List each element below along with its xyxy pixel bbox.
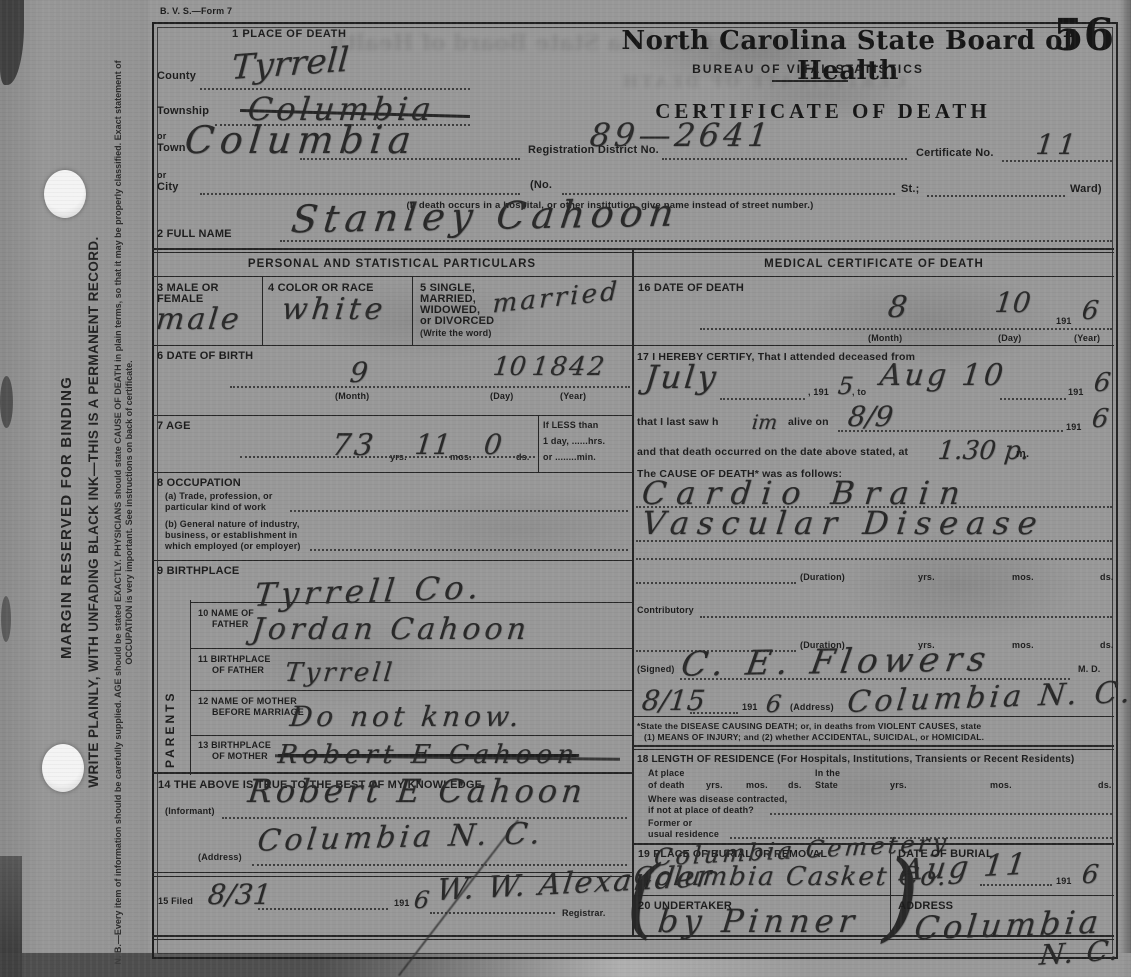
last-saw-him: im [751,410,779,434]
rule [636,540,1112,542]
marital-sub-label: (Write the word) [420,328,492,338]
dob-day-value: 10 [491,352,527,382]
rule [258,908,388,910]
registration-district-value: 89—2641 [588,116,774,154]
father-birthplace-value: Tyrrell [283,658,396,688]
margin-text-binding: MARGIN RESERVED FOR BINDING [58,270,75,765]
death-certificate-scan: MARGIN RESERVED FOR BINDING WRITE PLAINL… [0,0,1131,977]
signed-caption: (Signed) [637,664,675,674]
res-mos-2: mos. [990,780,1012,790]
marital-label4: or DIVORCED [420,315,494,327]
occupation-a-label1: (a) Trade, profession, or [165,491,273,501]
m-caption: m. [1016,448,1029,460]
contracted-label2: if not at place of death? [648,805,754,815]
rule [636,558,1112,560]
personal-section-title: PERSONAL AND STATISTICAL PARTICULARS [152,258,632,270]
city-label-or: or [157,170,166,180]
dod-year-value: 6 [1080,296,1100,326]
md-caption: M. D. [1078,664,1101,674]
rule [634,345,1114,346]
informant-address-caption: (Address) [198,852,242,862]
race-value: white [280,292,388,327]
rule [280,240,1112,242]
rule [538,415,539,472]
rule [772,80,848,82]
informant-value: Robert E Cahoon [246,772,588,810]
rule [190,690,632,691]
burial-date-value: Aug 11 [899,847,1030,889]
signed-year-value: 6 [765,690,783,718]
burial-year-value: 6 [1080,860,1100,890]
occupation-label: 8 OCCUPATION [157,477,241,489]
filed-label: 15 Filed [158,896,193,906]
dod-month-value: 8 [886,290,909,325]
rule [634,716,1114,717]
residence-label: 18 LENGTH OF RESIDENCE (For Hospitals, I… [637,754,1074,765]
dob-year-caption: (Year) [560,391,586,401]
former-label2: usual residence [648,829,719,839]
filed-date-value: 8/31 [206,878,272,911]
rule [690,712,738,714]
rule [152,472,632,473]
rule [634,276,1114,277]
res-yrs-2: yrs. [890,780,907,790]
county-label: County [157,70,196,82]
in-the-label2: State [815,780,838,790]
margin-text-nb-note: N. B.—Every item of information should b… [113,60,135,965]
signed-address-caption: (Address) [790,702,834,712]
burial-brace-open: ( [626,848,660,948]
ward-label: Ward) [1070,183,1102,195]
to-caption: , to [852,387,866,397]
duration-ds-2: ds. [1100,640,1114,650]
last-saw-label: that I last saw h [637,416,719,428]
rule [152,415,632,416]
scan-artifact [0,376,13,428]
rule [152,939,1114,940]
footnote-line1: *State the DISEASE CAUSING DEATH; or, in… [637,721,981,731]
birthplace-value: Tyrrell Co. [253,568,486,614]
to-year-value: 6 [1092,368,1112,398]
mother-birthplace-label1: 13 BIRTHPLACE [198,740,271,750]
last-saw-year-prefix: 191 [1066,422,1082,432]
town-label-or: or [157,131,166,141]
rule [190,602,632,603]
dob-label: 6 DATE OF BIRTH [157,350,253,362]
rule [152,345,632,346]
dob-month-value: 9 [348,356,369,389]
street-label: St.; [901,183,920,195]
birthplace-label: 9 BIRTHPLACE [157,565,239,577]
informant-caption: (Informant) [165,806,215,816]
medical-section-title: MEDICAL CERTIFICATE OF DEATH [634,258,1114,270]
duration-mos-2: mos. [1012,640,1034,650]
res-yrs-1: yrs. [706,780,723,790]
dob-day-caption: (Day) [490,391,514,401]
mother-name-value: Do not know. [288,700,524,733]
rule [720,398,805,400]
mother-name-label1: 12 NAME OF MOTHER [198,696,297,706]
rule [634,895,1114,896]
former-label1: Former or [648,818,692,828]
town-label: Town [157,142,186,154]
last-saw-year-value: 6 [1090,404,1110,434]
rule [634,749,1114,750]
occupation-b-label3: which employed (or employer) [165,541,301,551]
scan-artifact [1120,0,1131,977]
duration-ds-1: ds. [1100,572,1114,582]
res-ds-1: ds. [788,780,802,790]
last-saw-value: 8/9 [846,400,895,433]
rule [770,813,1112,815]
date-of-death-label: 16 DATE OF DEATH [638,282,744,294]
township-label: Township [157,105,209,117]
rule [190,648,632,649]
parents-label: PARENTS [163,628,177,768]
town-value: Columbia [183,118,419,162]
rule [262,276,263,345]
father-name-label2: FATHER [212,619,249,629]
rule [152,560,632,561]
duration-caption-1: (Duration) [800,572,845,582]
age-less-label2: 1 day, ......hrs. [543,436,605,446]
form-number: B. V. S.—Form 7 [160,6,232,16]
duration-yrs-1: yrs. [918,572,935,582]
rule [927,195,1065,197]
street-no-label: (No. [530,179,552,191]
dob-year-value: 1842 [530,352,607,382]
at-place-label2: of death [648,780,685,790]
rule [300,158,520,160]
city-label: City [157,181,179,193]
rule [1000,398,1066,400]
scan-artifact [1,596,11,642]
full-name-label: 2 FULL NAME [157,228,232,240]
rule [1002,160,1112,162]
occupation-a-label2: particular kind of work [165,502,266,512]
dob-month-caption: (Month) [335,391,369,401]
rule [240,456,535,458]
rule [310,549,628,551]
age-less-label3: or ........min. [543,452,596,462]
bureau-subtitle: BUREAU OF VITAL STATISTICS [618,62,998,76]
county-value: Tyrrell [230,40,350,88]
cause-line2: Vascular Disease [640,504,1047,542]
dod-year-caption: (Year) [1074,333,1100,343]
attended-from-value: July [643,358,721,396]
death-occurred-label: and that death occurred on the date abov… [637,446,908,458]
footnote-line2: (1) MEANS OF INJURY; and (2) whether ACC… [644,732,984,742]
rule [700,616,1112,618]
certificate-no-value: 11 [1034,128,1081,161]
certificate-no-label: Certificate No. [916,147,994,159]
signed-year-prefix: 191 [742,702,758,712]
dod-day-value: 10 [993,286,1032,319]
section-place-of-death: 1 PLACE OF DEATH [232,28,347,40]
rule [190,735,632,736]
occupation-b-label1: (b) General nature of industry, [165,519,300,529]
from-year-prefix: , 191 [808,387,829,397]
sex-value: male [154,302,243,337]
punch-hole-bottom [42,744,84,792]
rule [632,248,634,935]
org-title: North Carolina State Board of Health [613,26,1083,86]
age-less-label1: If LESS than [543,420,598,430]
to-year-prefix: 191 [1068,387,1084,397]
full-name-value: Stanley Cahoon [289,191,682,242]
margin-text-write-plainly: WRITE PLAINLY, WITH UNFADING BLACK INK—T… [86,72,101,952]
dod-year-prefix: 191 [1056,316,1072,326]
res-mos-1: mos. [746,780,768,790]
res-ds-2: ds. [1098,780,1112,790]
rule [636,582,796,584]
rule [838,430,1063,432]
punch-hole-top [44,170,86,218]
attended-to-value: Aug 10 [878,358,1008,393]
rule [290,510,628,512]
father-birthplace-label2: OF FATHER [212,665,264,675]
rule [634,745,1114,747]
rule [230,386,630,388]
in-the-label1: In the [815,768,840,778]
rule [152,935,1114,937]
registrar-caption: Registrar. [562,908,606,918]
rule [190,600,191,775]
age-label: 7 AGE [157,420,191,432]
rule [662,158,907,160]
father-birthplace-label1: 11 BIRTHPLACE [198,654,271,664]
page-number: 56 [1053,10,1114,61]
at-place-label1: At place [648,768,685,778]
father-name-label1: 10 NAME OF [198,608,254,618]
burial-year-prefix: 191 [1056,876,1072,886]
rule [700,328,1112,330]
mother-birthplace-label2: OF MOTHER [212,751,268,761]
rule [412,276,413,345]
father-name-value: Jordan Cahoon [250,612,532,647]
filed-year-prefix: 191 [394,898,410,908]
duration-mos-1: mos. [1012,572,1034,582]
dod-month-caption: (Month) [868,333,902,343]
rule [980,884,1052,886]
contracted-label1: Where was disease contracted, [648,794,787,804]
occupation-b-label2: business, or establishment in [165,530,297,540]
rule [430,912,555,914]
contributory-label: Contributory [637,605,694,615]
rule [152,276,632,277]
dod-day-caption: (Day) [998,333,1022,343]
filed-year-value: 6 [413,886,431,914]
alive-on-label: alive on [788,416,829,428]
